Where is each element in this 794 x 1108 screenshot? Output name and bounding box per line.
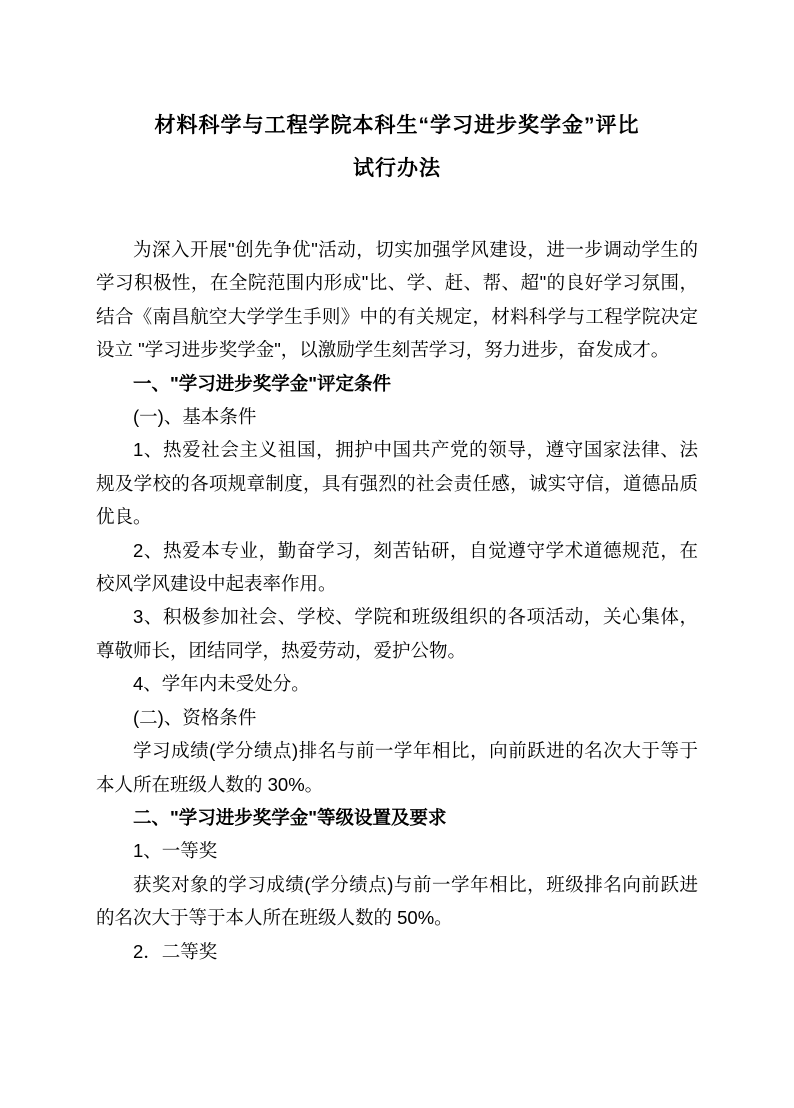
document-title: 材料科学与工程学院本科生“学习进步奖学金”评比 试行办法 bbox=[96, 104, 698, 190]
subheading-first-prize: 1、一等奖 bbox=[96, 834, 698, 867]
paragraph-first-prize-rule: 获奖对象的学习成绩(学分绩点)与前一学年相比，班级排名向前跃进的名次大于等于本人… bbox=[96, 868, 698, 935]
item-basic-condition-1: 1、热爱社会主义祖国，拥护中国共产党的领导，遵守国家法律、法规及学校的各项规章制… bbox=[96, 433, 698, 533]
heading-section-two: 二、"学习进步奖学金"等级设置及要求 bbox=[96, 801, 698, 834]
paragraph-qualification-rule: 学习成绩(学分绩点)排名与前一学年相比，向前跃进的名次大于等于本人所在班级人数的… bbox=[96, 734, 698, 801]
document-title-line-1: 材料科学与工程学院本科生“学习进步奖学金”评比 bbox=[96, 104, 698, 147]
document-body: 为深入开展"创先争优"活动，切实加强学风建设，进一步调动学生的学习积极性，在全院… bbox=[96, 233, 698, 968]
document-page: 材料科学与工程学院本科生“学习进步奖学金”评比 试行办法 为深入开展"创先争优"… bbox=[0, 0, 794, 1108]
title-body-gap bbox=[96, 190, 698, 233]
paragraph-preamble: 为深入开展"创先争优"活动，切实加强学风建设，进一步调动学生的学习积极性，在全院… bbox=[96, 233, 698, 367]
subheading-second-prize: 2．二等奖 bbox=[96, 935, 698, 968]
subheading-qualification-conditions: (二)、资格条件 bbox=[96, 701, 698, 734]
document-title-line-2: 试行办法 bbox=[96, 147, 698, 190]
item-basic-condition-4: 4、学年内未受处分。 bbox=[96, 667, 698, 700]
item-basic-condition-2: 2、热爱本专业，勤奋学习，刻苦钻研，自觉遵守学术道德规范，在校风学风建设中起表率… bbox=[96, 534, 698, 601]
heading-section-one: 一、"学习进步奖学金"评定条件 bbox=[96, 367, 698, 400]
item-basic-condition-3: 3、积极参加社会、学校、学院和班级组织的各项活动，关心集体，尊敬师长，团结同学，… bbox=[96, 600, 698, 667]
subheading-basic-conditions: (一)、基本条件 bbox=[96, 400, 698, 433]
